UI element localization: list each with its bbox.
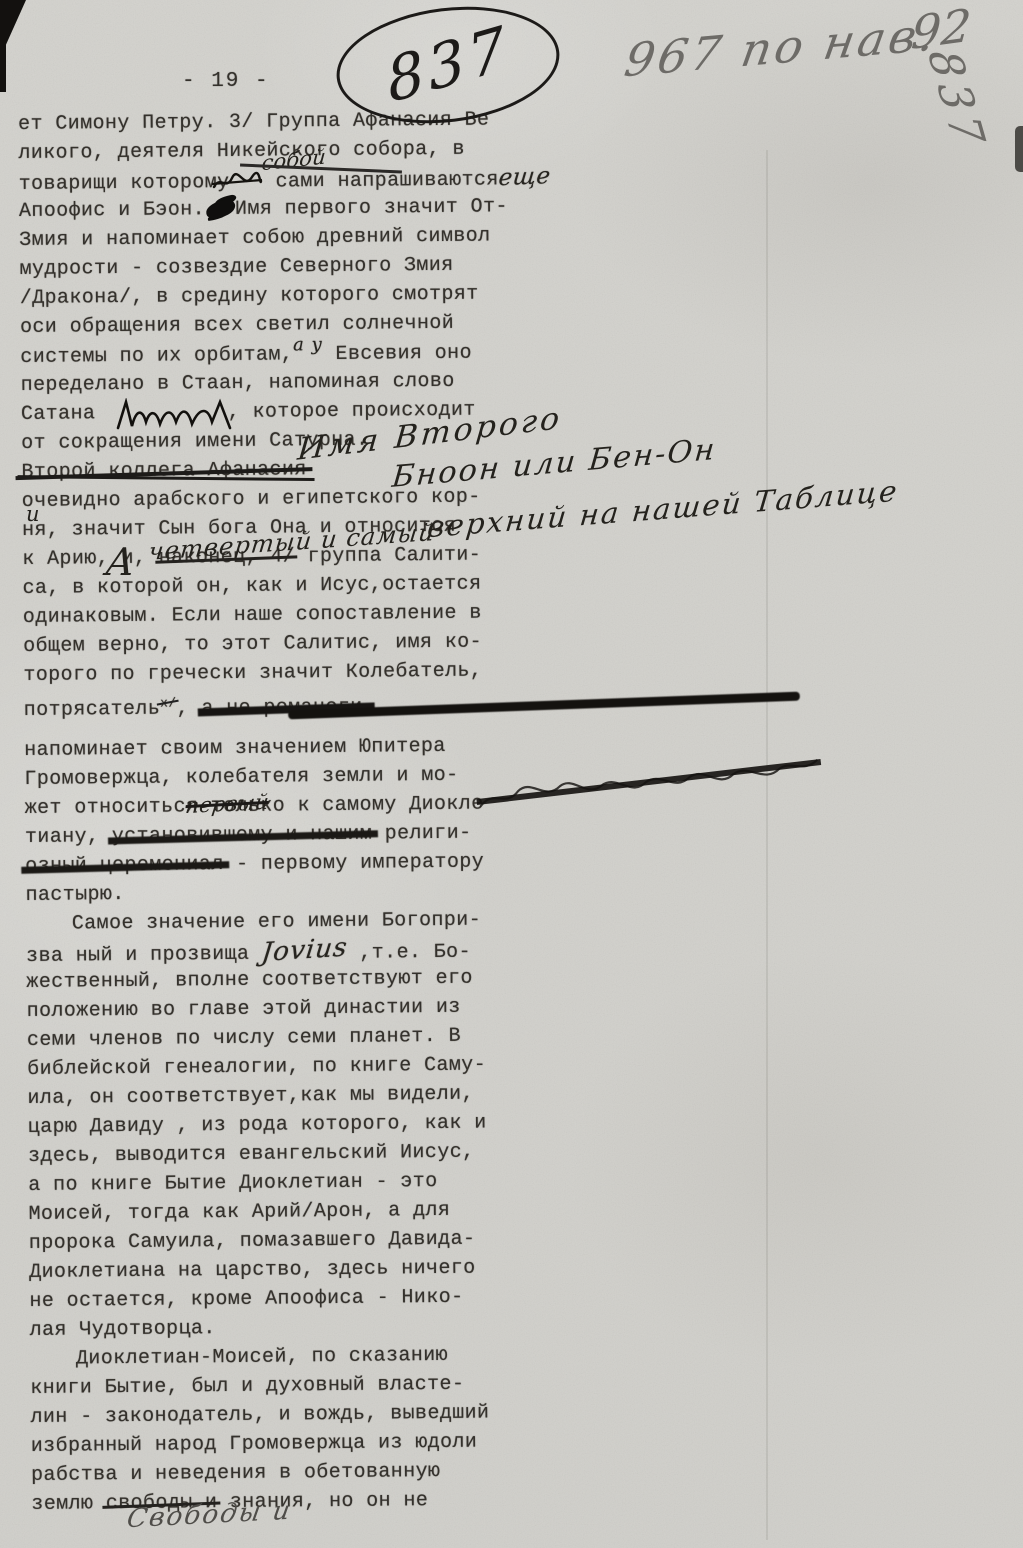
- typed-text: зва ный и прозвища: [26, 943, 262, 968]
- typed-text: пророка Самуила, помазавшего Давида-: [29, 1228, 476, 1255]
- satana-scribble: [112, 398, 244, 434]
- typed-line: землю свободы и знания, но он не: [31, 1484, 631, 1519]
- corner-note: 837: [916, 48, 996, 151]
- typed-text: ,т.е. Бо-: [347, 941, 471, 965]
- typed-text: книги Бытие, был и духовный власте-: [30, 1373, 464, 1400]
- typed-text: Громовержца, колебателя земли и мо-: [24, 764, 458, 791]
- typed-text: Сатана: [21, 402, 108, 426]
- corner-note: 967 по нав.: [621, 7, 942, 88]
- typed-text: землю: [31, 1492, 106, 1516]
- typed-text: тиану,: [25, 825, 112, 849]
- typed-text: системы по их орбитам,: [20, 343, 293, 369]
- typed-text: одинаковым. Если наше сопоставление в: [23, 602, 482, 629]
- typed-text: а по книге Бытие Диоклетиан - это: [28, 1170, 437, 1197]
- struck-text: Второй коллега Афанасия: [21, 458, 306, 484]
- hw-annotation: А: [104, 540, 137, 584]
- typed-text: потрясатель: [24, 698, 161, 722]
- typed-text: общем верно, то этот Салитис, имя ко-: [23, 631, 482, 658]
- hw-annotation: еще: [497, 162, 552, 193]
- hw-annotation: а у: [293, 334, 323, 355]
- typed-text: Самое значение его имени Богопри-: [72, 909, 481, 936]
- typed-text: лая Чудотворца.: [30, 1317, 216, 1342]
- typed-text: Моисей, тогда как Арий/Арон, а для: [28, 1199, 450, 1226]
- typed-text: Диоклетиана на царство, здесь ничего: [29, 1257, 476, 1284]
- scan-edge-mark: [0, 0, 6, 92]
- hw-annotation: и: [26, 502, 40, 526]
- typed-text: Змия и напоминает собою древний символ: [19, 224, 490, 252]
- typed-text: религи-: [372, 822, 471, 846]
- typed-text: лин - законодатель, и вождь, выведший: [30, 1402, 489, 1429]
- typed-text: положению во главе этой династии из: [27, 996, 461, 1023]
- typed-text: здесь, выводится евангельский Иисус,: [28, 1141, 475, 1168]
- typed-text: библейской генеалогии, по книге Саму-: [27, 1054, 486, 1081]
- typed-text: пастырю.: [25, 883, 124, 907]
- typed-text: - первому императору: [224, 851, 485, 876]
- typed-text: са, в которой он, как и Исус,остается: [22, 573, 481, 600]
- typed-text: избранный народ Громовержца из юдоли: [31, 1431, 478, 1458]
- typed-text: торого по гречески значит Колебатель,: [23, 660, 482, 687]
- typed-text: ила, он соответствует,как мы видели,: [27, 1083, 474, 1110]
- struck-text: озный церемониал: [25, 853, 224, 878]
- typed-text: Евсевия оно: [323, 342, 472, 366]
- scan-edge-smudge: [1015, 126, 1023, 172]
- typed-text: рабства и неведения в обетованную: [31, 1460, 440, 1487]
- hw-scribble: [211, 171, 263, 195]
- typed-text: Имя первого значит От-: [235, 195, 508, 221]
- typed-text: к Арию, и,: [22, 547, 159, 571]
- struck-text: установившему и нашим: [112, 823, 373, 848]
- typed-text: ликого, деятеля Никейского собора, в: [18, 138, 465, 165]
- typed-text: напоминает своим значением Юпитера: [24, 735, 446, 762]
- archive-number: 837: [382, 13, 513, 118]
- typed-text: семи членов по числу семи планет. В: [27, 1025, 461, 1052]
- hw-annotation: первый: [184, 790, 270, 818]
- typed-text: товарищи которому: [19, 171, 230, 196]
- hw-annotation: Jovius: [260, 934, 349, 968]
- page-number: - 19 -: [182, 70, 270, 93]
- typed-text: не остается, кроме Апоофиса - Нико-: [29, 1286, 463, 1313]
- typed-text: Диоклетиан-Моисей, по сказанию: [76, 1344, 448, 1371]
- ink-blot: [204, 197, 237, 220]
- typed-text: жественный, вполне соответствуют его: [26, 967, 473, 994]
- typed-text: Апоофис и Бэон.: [19, 198, 205, 223]
- typed-text: мудрости - созвездие Северного Змия: [19, 254, 453, 281]
- typed-text: царю Давиду , из рода которого, как и: [28, 1112, 487, 1139]
- document-page: - 19 - 837 967 по нав. 92 837 ет Симону …: [0, 0, 1023, 1548]
- struck-footnote-mark: х/: [160, 696, 177, 711]
- paper-crease: [766, 150, 768, 1540]
- typed-text: переделано в Стаан, напоминая слово: [21, 370, 455, 397]
- typed-text: /Дракона/, в средину которого смотрят: [20, 283, 479, 310]
- typed-text: оси обращения всех светил солнечной: [20, 312, 454, 339]
